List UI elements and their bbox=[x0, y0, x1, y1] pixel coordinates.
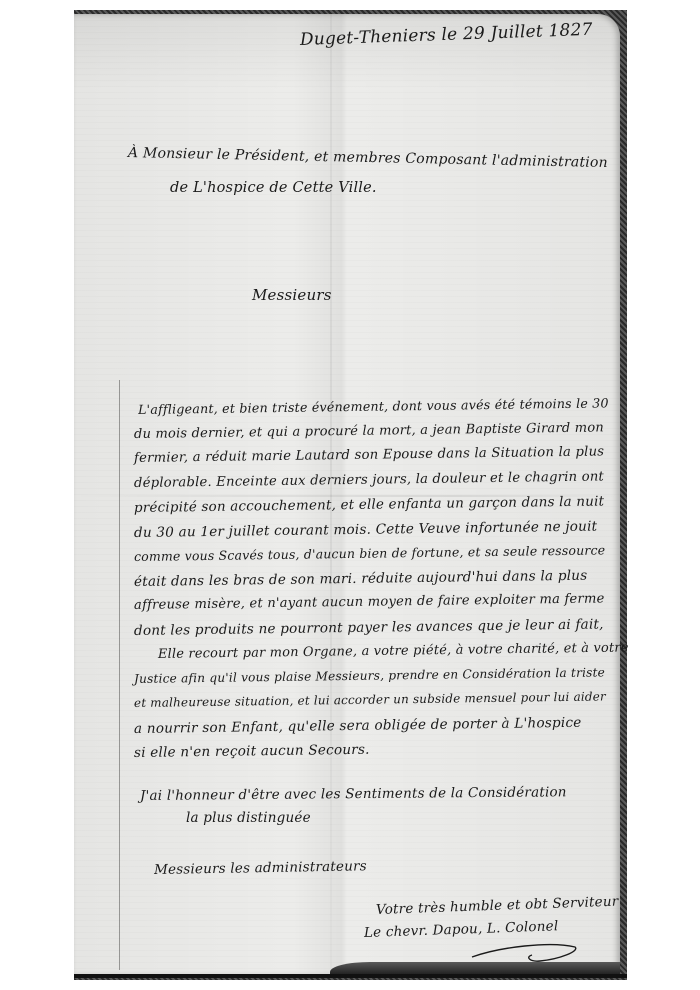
signature-flourish bbox=[470, 935, 580, 965]
scan-bottom-edge bbox=[74, 974, 627, 978]
salutation: Messieurs bbox=[252, 286, 332, 304]
closing-line-2: la plus distinguée bbox=[186, 810, 311, 826]
margin-rule bbox=[119, 380, 120, 970]
body-line: si elle n'en reçoit aucun Secours. bbox=[134, 742, 370, 761]
address-line-2: de L'hospice de Cette Ville. bbox=[170, 180, 377, 196]
